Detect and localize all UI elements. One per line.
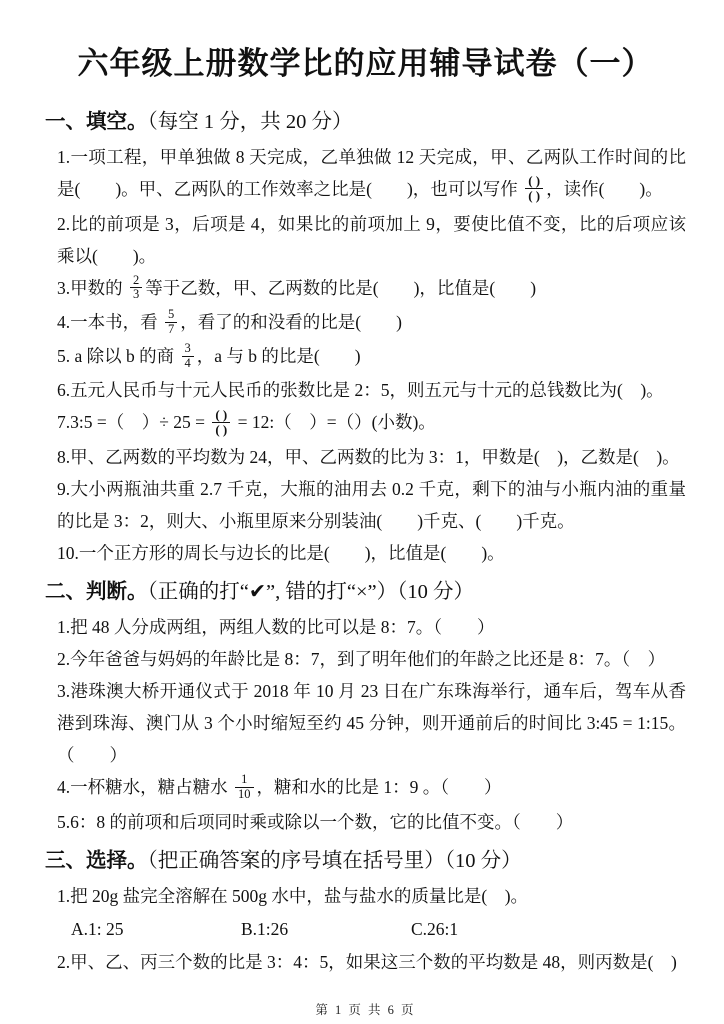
question-text: ，读作( )。: [546, 179, 663, 199]
section-1-title: 一、填空。: [45, 109, 148, 133]
option-a: A.1: 25: [71, 912, 241, 946]
fraction-numerator: ( ): [525, 174, 543, 189]
question-text: 7.3:5 =（ ）÷ 25 =: [57, 412, 209, 432]
fraction: 23: [130, 274, 142, 303]
section-1-note: （每空 1 分，共 20 分）: [148, 111, 353, 133]
fraction-denominator: ( ): [212, 423, 230, 437]
s1-question-7: 7.3:5 =（ ）÷ 25 = ( )( ) = 12:（ ）=（）(小数)。: [57, 406, 686, 441]
question-text: = 12:（ ）=（）(小数)。: [233, 412, 436, 432]
s2-question-3: 3.港珠澳大桥开通仪式于 2018 年 10 月 23 日在广东珠海举行，通车后…: [57, 675, 686, 771]
fraction-denominator: 10: [235, 788, 254, 802]
question-text: 1.把 48 人分成两组，两组人数的比可以是 8：7。（ ）: [57, 617, 495, 637]
question-text: ，a 与 b 的比是( ): [197, 346, 361, 366]
question-text: ，看了的和没看的比是( ): [180, 312, 402, 332]
page-title: 六年级上册数学比的应用辅导试卷（一）: [45, 38, 686, 83]
fraction-numerator: 5: [165, 308, 177, 323]
s3-question-1: 1.把 20g 盐完全溶解在 500g 水中，盐与盐水的质量比是( )。: [57, 880, 686, 912]
question-text: 4.一本书，看: [57, 312, 162, 332]
fraction-denominator: 3: [130, 288, 142, 302]
question-text: 1.把 20g 盐完全溶解在 500g 水中，盐与盐水的质量比是( )。: [57, 886, 528, 906]
option-c: C.26:1: [411, 912, 581, 946]
s2-question-5: 5.6：8 的前项和后项同时乘或除以一个数，它的比值不变。（ ）: [57, 806, 686, 838]
s1-question-4: 4.一本书，看 57，看了的和没看的比是( ): [57, 306, 686, 340]
question-text: 3.甲数的: [57, 278, 127, 298]
section-1-header: 一、填空。（每空 1 分，共 20 分）: [45, 107, 686, 136]
s2-question-2: 2.今年爸爸与妈妈的年龄比是 8：7，到了明年他们的年龄之比还是 8：7。（ ）: [57, 643, 686, 675]
s1-question-10: 10.一个正方形的周长与边长的比是( )，比值是( )。: [57, 537, 686, 569]
question-text: 2.甲、乙、丙三个数的比是 3：4：5，如果这三个数的平均数是 48，则丙数是(…: [57, 952, 677, 972]
section-3-header: 三、选择。（把正确答案的序号填在括号里）（10 分）: [45, 846, 686, 875]
section-2-header: 二、判断。（正确的打“✔”, 错的打“×”）（10 分）: [45, 577, 686, 606]
question-text: 5. a 除以 b 的商: [57, 346, 179, 366]
fraction-denominator: ( ): [525, 189, 543, 203]
fraction: 57: [165, 308, 177, 337]
question-text: 5.6：8 的前项和后项同时乘或除以一个数，它的比值不变。（ ）: [57, 812, 573, 832]
section-3-note: （把正确答案的序号填在括号里）（10 分）: [148, 850, 522, 872]
question-text: 6.五元人民币与十元人民币的张数比是 2：5，则五元与十元的总钱数比为( )。: [57, 380, 664, 400]
section-3-title: 三、选择。: [45, 848, 148, 872]
s1-question-1: 1.一项工程，甲单独做 8 天完成，乙单独做 12 天完成，甲、乙两队工作时间的…: [57, 141, 686, 208]
s1-question-9: 9.大小两瓶油共重 2.7 千克，大瓶的油用去 0.2 千克，剩下的油与小瓶内油…: [57, 473, 686, 537]
section-2-note: （正确的打“✔”, 错的打“×”）（10 分）: [148, 581, 475, 603]
fraction-numerator: 2: [130, 274, 142, 289]
question-text: 8.甲、乙两数的平均数为 24，甲、乙两数的比为 3：1，甲数是( )，乙数是(…: [57, 447, 680, 467]
question-text: 2.今年爸爸与妈妈的年龄比是 8：7，到了明年他们的年龄之比还是 8：7。（ ）: [57, 649, 665, 669]
fraction: 110: [235, 773, 254, 802]
fraction-numerator: ( ): [212, 408, 230, 423]
question-text: ，糖和水的比是 1：9 。（ ）: [257, 777, 502, 797]
question-text: 等于乙数，甲、乙两数的比是( )，比值是( ): [145, 278, 536, 298]
s1-question-5: 5. a 除以 b 的商 34，a 与 b 的比是( ): [57, 340, 686, 374]
s1-question-6: 6.五元人民币与十元人民币的张数比是 2：5，则五元与十元的总钱数比为( )。: [57, 374, 686, 406]
fraction: ( )( ): [525, 174, 543, 204]
s3-question-2: 2.甲、乙、丙三个数的比是 3：4：5，如果这三个数的平均数是 48，则丙数是(…: [57, 946, 686, 978]
fraction: 34: [182, 342, 194, 371]
s1-question-8: 8.甲、乙两数的平均数为 24，甲、乙两数的比为 3：1，甲数是( )，乙数是(…: [57, 441, 686, 473]
s1-question-2: 2.比的前项是 3，后项是 4，如果比的前项加上 9，要使比值不变，比的后项应该…: [57, 208, 686, 272]
s2-question-1: 1.把 48 人分成两组，两组人数的比可以是 8：7。（ ）: [57, 611, 686, 643]
s1-question-3: 3.甲数的 23等于乙数，甲、乙两数的比是( )，比值是( ): [57, 272, 686, 306]
fraction-numerator: 3: [182, 342, 194, 357]
section-2-title: 二、判断。: [45, 579, 148, 603]
page-footer: 第 1 页 共 6 页: [45, 1000, 686, 1018]
fraction: ( )( ): [212, 408, 230, 438]
question-text: 9.大小两瓶油共重 2.7 千克，大瓶的油用去 0.2 千克，剩下的油与小瓶内油…: [57, 479, 686, 531]
fraction-numerator: 1: [235, 773, 254, 788]
document-page: 六年级上册数学比的应用辅导试卷（一） 一、填空。（每空 1 分，共 20 分） …: [0, 0, 724, 1018]
option-b: B.1:26: [241, 912, 411, 946]
fraction-denominator: 4: [182, 357, 194, 371]
fraction-denominator: 7: [165, 323, 177, 337]
question-text: 4.一杯糖水，糖占糖水: [57, 777, 232, 797]
options-row: A.1: 25 B.1:26 C.26:1: [71, 912, 686, 946]
question-text: 3.港珠澳大桥开通仪式于 2018 年 10 月 23 日在广东珠海举行，通车后…: [57, 681, 686, 765]
question-text: 10.一个正方形的周长与边长的比是( )，比值是( )。: [57, 543, 505, 563]
question-text: 2.比的前项是 3，后项是 4，如果比的前项加上 9，要使比值不变，比的后项应该…: [57, 214, 686, 266]
s2-question-4: 4.一杯糖水，糖占糖水 110，糖和水的比是 1：9 。（ ）: [57, 771, 686, 805]
